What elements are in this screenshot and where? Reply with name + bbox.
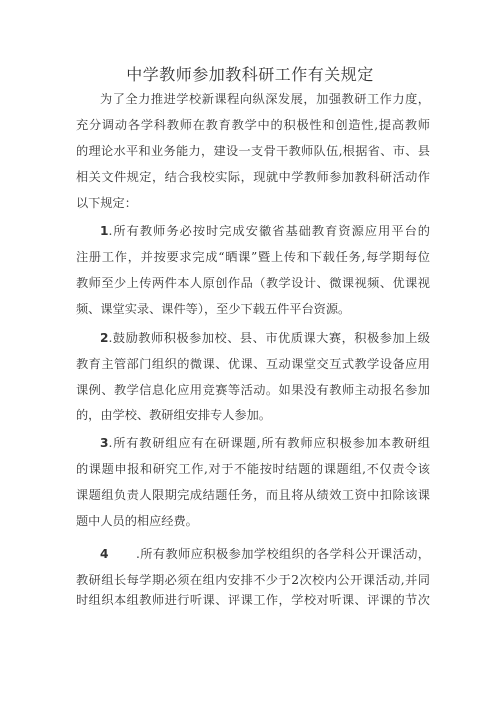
rule-line: 教育主管部门组织的微课、优课、互动课堂交互式教学设备应用	[76, 356, 430, 372]
rule-line: 2.鼓励教师积极参加校、县、市优质课大赛，积极参加上级	[100, 330, 430, 346]
intro-line: 充分调动各学科教师在教育教学中的积极性和创造性,提高教师	[76, 117, 430, 133]
document-title: 中学教师参加教科研工作有关规定	[0, 62, 500, 85]
intro-line: 相关文件规定，结合我校实际，现就中学教师参加教科研活动作	[76, 169, 430, 185]
rule-line: 3.所有教研组应有在研课题,所有教师应积极参加本教研组	[100, 435, 430, 451]
rule-line: 频、课堂实录、课件等），至少下载五件平台资源。	[76, 301, 430, 317]
intro-line: 以下规定：	[76, 195, 430, 211]
rule-line: 课题组负责人限期完成结题任务，而且将从绩效工资中扣除该课	[76, 487, 430, 503]
rule-text: .所有教研组应有在研课题,所有教师应积极参加本教研组	[108, 436, 430, 450]
rule-line: 题中人员的相应经费。	[76, 513, 430, 529]
rule-line: 4.所有教师应积极参加学校组织的各学科公开课活动，	[100, 546, 430, 562]
rule-text: .所有教师务必按时完成安徽省基础教育资源应用平台的	[108, 224, 430, 238]
rule-text: .所有教师应积极参加学校组织的各学科公开课活动，	[136, 547, 430, 561]
rule-line: 教研组长每学期必须在组内安排不少于2次校内公开课活动,并同	[76, 572, 430, 588]
rule-line: 课例、教学信息化应用竞赛等活动。如果没有教师主动报名参加	[76, 382, 430, 398]
document-page: 中学教师参加教科研工作有关规定 为了全力推进学校新课程向纵深发展，加强教研工作力…	[0, 0, 500, 707]
rule-line: 教师至少上传两件本人原创作品（教学设计、微课视频、优课视	[76, 275, 430, 291]
rule-line: 注册工作，并按要求完成“晒课”暨上传和下载任务,每学期每位	[76, 249, 430, 265]
intro-line: 为了全力推进学校新课程向纵深发展，加强教研工作力度，	[100, 91, 430, 107]
rule-line: 时组织本组教师进行听课、评课工作，学校对听课、评课的节次	[76, 592, 430, 608]
rule-line: 1.所有教师务必按时完成安徽省基础教育资源应用平台的	[100, 223, 430, 239]
rule-number: 4	[100, 546, 136, 562]
rule-line: 的课题申报和研究工作,对于不能按时结题的课题组,不仅责令该	[76, 461, 430, 477]
intro-line: 的理论水平和业务能力，建设一支骨干教师队伍,根据省、市、县	[76, 143, 430, 159]
rule-line: 的，由学校、教研组安排专人参加。	[76, 407, 430, 423]
rule-text: .鼓励教师积极参加校、县、市优质课大赛，积极参加上级	[108, 331, 430, 345]
